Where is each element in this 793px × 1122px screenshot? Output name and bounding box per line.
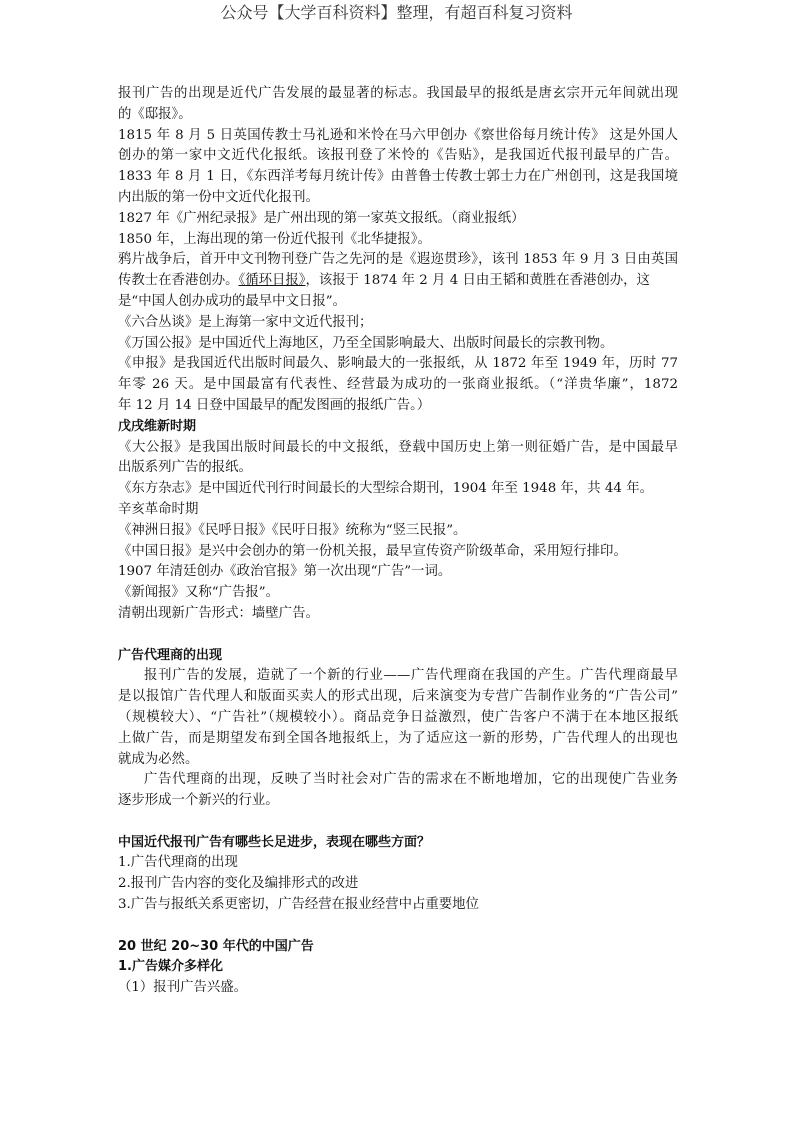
text-line: 《万国公报》是中国近代上海地区，乃至全国影响最大、出版时间最长的宗教刊物。 (118, 334, 678, 355)
list-item: 2.报刊广告内容的变化及编排形式的改进 (118, 874, 678, 895)
document-body: 报刊广告的出现是近代广告发展的最显著的标志。我国最早的报纸是唐玄宗开元年间就出现… (118, 84, 678, 999)
text-line: （规模较大）、“广告社”（规模较小）。商品竞争日益激烈，使广告客户不满于在本地区… (118, 708, 678, 729)
text-span: ，该报于 1874 年 2 月 4 日由王韬和黄胜在香港创办，这 (305, 273, 649, 288)
list-item: （1）报刊广告兴盛。 (118, 978, 678, 999)
text-span: 传教士在香港创办。 (118, 273, 239, 288)
text-line: 1850 年，上海出现的第一份近代报刊《北华捷报》。 (118, 230, 678, 251)
section-progress: 中国近代报刊广告有哪些长足进步，表现在哪些方面？ 1.广告代理商的出现 2.报刊… (118, 833, 678, 916)
section-heading: 广告代理商的出现 (118, 646, 678, 667)
text-line: 广告代理商的出现，反映了当时社会对广告的需求在不断地增加，它的出现使广告业务 (118, 770, 678, 791)
text-line: 年零 26 天。是中国最富有代表性、经营最为成功的一张商业报纸。（“洋贵华廉”，… (118, 375, 678, 396)
spacer (118, 916, 678, 937)
text-line: 1815 年 8 月 5 日英国传教士马礼逊和米怜在马六甲创办《察世俗每月统计传… (118, 126, 678, 147)
text-line: 上做广告，而是期望发布到全国各地报纸上，为了适应这一新的形势，广告代理人的出现也 (118, 729, 678, 750)
subsection-heading: 1.广告媒介多样化 (118, 957, 678, 978)
text-line: 报刊广告的发展，造就了一个新的行业——广告代理商在我国的产生。广告代理商最早 (118, 666, 678, 687)
section-heading: 中国近代报刊广告有哪些长足进步，表现在哪些方面？ (118, 833, 678, 854)
text-line: 的《邸报》。 (118, 105, 678, 126)
text-line: 就成为必然。 (118, 750, 678, 771)
text-line: 《大公报》是我国出版时间最长的中文报纸，登载中国历史上第一则征婚广告，是中国最早 (118, 438, 678, 459)
text-line: 1907 年清廷创办《政治官报》第一次出现“广告”一词。 (118, 562, 678, 583)
text-line: 《中国日报》是兴中会创办的第一份机关报，最早宣传资产阶级革命，采用短行排印。 (118, 542, 678, 563)
section-heading: 戊戌维新时期 (118, 417, 678, 438)
section-reform-period: 戊戌维新时期 《大公报》是我国出版时间最长的中文报纸，登载中国历史上第一则征婚广… (118, 417, 678, 625)
text-line: 清朝出现新广告形式：墙壁广告。 (118, 604, 678, 625)
spacer (118, 625, 678, 646)
section-ad-agencies: 广告代理商的出现 报刊广告的发展，造就了一个新的行业——广告代理商在我国的产生。… (118, 646, 678, 812)
section-early-newspapers: 报刊广告的出现是近代广告发展的最显著的标志。我国最早的报纸是唐玄宗开元年间就出现… (118, 84, 678, 417)
text-line: 《新闻报》又称“广告报”。 (118, 583, 678, 604)
text-line: 传教士在香港创办。《循环日报》，该报于 1874 年 2 月 4 日由王韬和黄胜… (118, 271, 678, 292)
underlined-title: 《循环日报》 (239, 273, 306, 288)
text-line: 1833 年 8 月 1 日，《东西洋考每月统计传》由普鲁士传教士郭士力在广州创… (118, 167, 678, 188)
text-line: 内出版的第一份中文近代化报刊。 (118, 188, 678, 209)
text-line: 鸦片战争后，首开中文刊物刊登广告之先河的是《遐迩贯珍》，该刊 1853 年 9 … (118, 250, 678, 271)
text-line: 创办的第一家中文近代化报纸。该报刊登了米怜的《告贴》，是我国近代报刊最早的广告。 (118, 146, 678, 167)
text-line: 是以报馆广告代理人和版面买卖人的形式出现，后来演变为专营广告制作业务的“广告公司… (118, 687, 678, 708)
text-line: 《六合丛谈》是上海第一家中文近代报刊； (118, 313, 678, 334)
spacer (118, 812, 678, 833)
text-line: 报刊广告的出现是近代广告发展的最显著的标志。我国最早的报纸是唐玄宗开元年间就出现 (118, 84, 678, 105)
text-line: 《申报》是我国近代出版时间最久、影响最大的一张报纸，从 1872 年至 1949… (118, 354, 678, 375)
text-line: 辛亥革命时期 (118, 500, 678, 521)
text-line: 出版系列广告的报纸。 (118, 458, 678, 479)
section-heading: 20 世纪 20~30 年代的中国广告 (118, 937, 678, 958)
text-line: 年 12 月 14 日登中国最早的配发图画的报纸广告。） (118, 396, 678, 417)
list-item: 1.广告代理商的出现 (118, 853, 678, 874)
text-line: 逐步形成一个新兴的行业。 (118, 791, 678, 812)
text-line: 是“中国人创办成功的最早中文日报”。 (118, 292, 678, 313)
text-line: 《东方杂志》是中国近代刊行时间最长的大型综合期刊，1904 年至 1948 年，… (118, 479, 678, 500)
list-item: 3.广告与报纸关系更密切，广告经营在报业经营中占重要地位 (118, 895, 678, 916)
section-1920s-1930s: 20 世纪 20~30 年代的中国广告 1.广告媒介多样化 （1）报刊广告兴盛。 (118, 937, 678, 999)
page-header: 公众号【大学百科资料】整理，有超百科复习资料 (0, 2, 793, 24)
text-line: 《神洲日报》《民呼日报》《民吁日报》统称为“竖三民报”。 (118, 521, 678, 542)
text-line: 1827 年《广州纪录报》是广州出现的第一家英文报纸。（商业报纸） (118, 209, 678, 230)
